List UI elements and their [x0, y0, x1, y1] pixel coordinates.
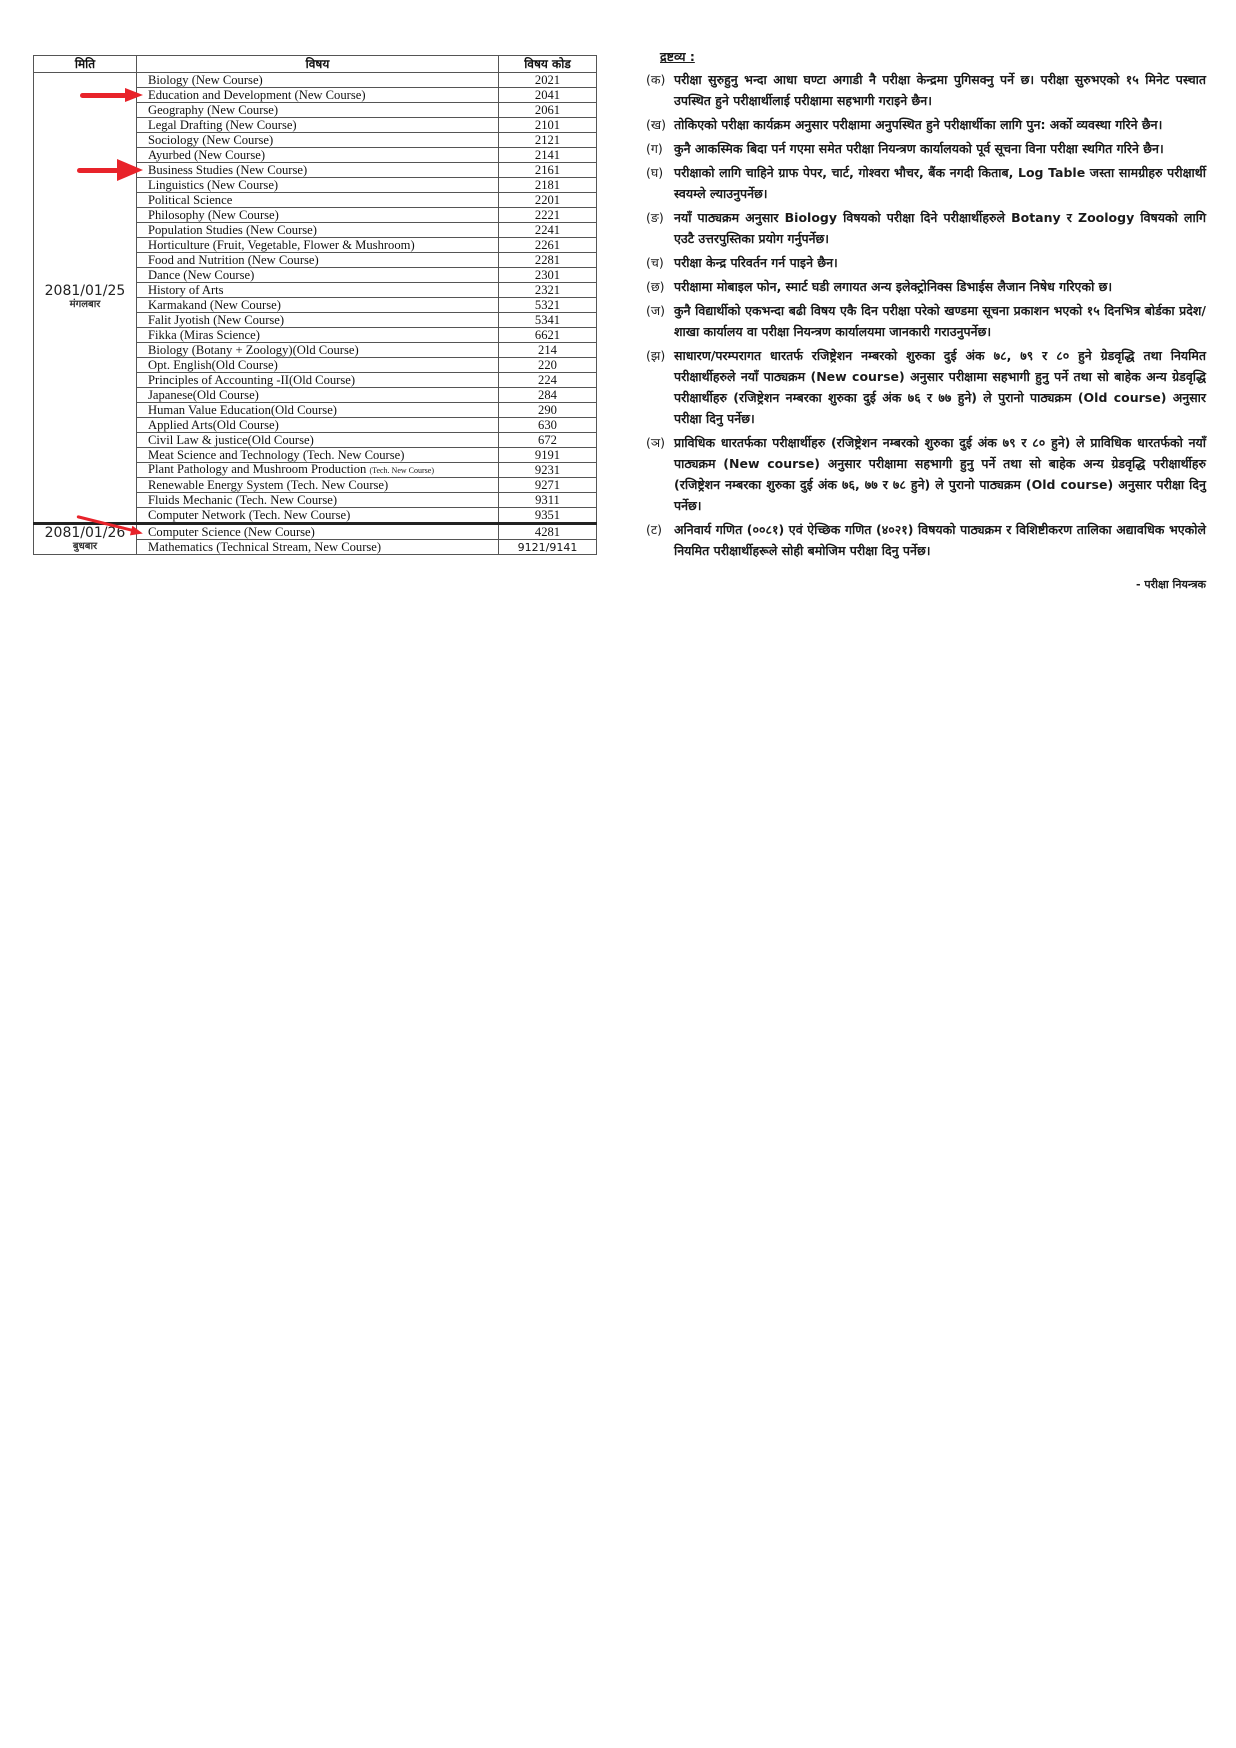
- note-text: अनिवार्य गणित (००८१) एवं ऐच्छिक गणित (४०…: [674, 519, 1206, 561]
- subject-name: Principles of Accounting -II(Old Course): [148, 373, 355, 387]
- subject-cell: Linguistics (New Course): [137, 178, 499, 193]
- subject-name: Biology (Botany + Zoology)(Old Course): [148, 343, 359, 357]
- note-text: प्राविधिक धारतर्फका परीक्षार्थीहरु (रजिष…: [674, 432, 1206, 516]
- subject-cell: Biology (Botany + Zoology)(Old Course): [137, 343, 499, 358]
- subject-cell: Geography (New Course): [137, 103, 499, 118]
- note-marker: (छ): [646, 276, 674, 297]
- subject-code: 2221: [499, 208, 597, 223]
- note-item: (छ)परीक्षामा मोबाइल फोन, स्मार्ट घडी लगा…: [646, 276, 1206, 297]
- subject-cell: Ayurbed (New Course): [137, 148, 499, 163]
- header-subject-code: विषय कोड: [499, 56, 597, 73]
- subject-cell: Computer Science (New Course): [137, 524, 499, 540]
- subject-cell: Karmakand (New Course): [137, 298, 499, 313]
- exam-schedule-table: मिति विषय विषय कोड 2081/01/25मंगलबारBiol…: [33, 55, 597, 555]
- subject-name: Meat Science and Technology (Tech. New C…: [148, 448, 404, 462]
- subject-code: 2281: [499, 253, 597, 268]
- subject-cell: Fikka (Miras Science): [137, 328, 499, 343]
- subject-code: 2241: [499, 223, 597, 238]
- notes-section: द्रष्टव्य : (क)परीक्षा सुरुहुनु भन्दा आध…: [646, 48, 1206, 592]
- subject-note: (Tech. New Course): [369, 466, 434, 475]
- subject-cell: Business Studies (New Course): [137, 163, 499, 178]
- subject-code: 4281: [499, 524, 597, 540]
- subject-cell: Fluids Mechanic (Tech. New Course): [137, 493, 499, 508]
- signature: - परीक्षा नियन्त्रक: [646, 577, 1206, 592]
- subject-code: 9191: [499, 448, 597, 463]
- note-text: परीक्षा सुरुहुनु भन्दा आधा घण्टा अगाडी न…: [674, 69, 1206, 111]
- subject-code: 9351: [499, 508, 597, 524]
- subject-code: 214: [499, 343, 597, 358]
- note-marker: (झ): [646, 345, 674, 429]
- subject-name: Dance (New Course): [148, 268, 254, 282]
- note-marker: (ञ): [646, 432, 674, 516]
- note-marker: (ग): [646, 138, 674, 159]
- exam-weekday: मंगलबार: [34, 298, 136, 311]
- note-marker: (ट): [646, 519, 674, 561]
- note-text: तोकिएको परीक्षा कार्यक्रम अनुसार परीक्षा…: [674, 114, 1206, 135]
- table-row: 2081/01/25मंगलबारBiology (New Course)202…: [34, 73, 597, 88]
- table-header-row: मिति विषय विषय कोड: [34, 56, 597, 73]
- subject-name: Plant Pathology and Mushroom Production: [148, 462, 366, 476]
- subject-cell: Sociology (New Course): [137, 133, 499, 148]
- subject-code: 2041: [499, 88, 597, 103]
- subject-name: Civil Law & justice(Old Course): [148, 433, 314, 447]
- subject-name: Falit Jyotish (New Course): [148, 313, 284, 327]
- subject-code: 2101: [499, 118, 597, 133]
- note-marker: (ख): [646, 114, 674, 135]
- subject-name: Food and Nutrition (New Course): [148, 253, 319, 267]
- subject-cell: Applied Arts(Old Course): [137, 418, 499, 433]
- subject-code: 6621: [499, 328, 597, 343]
- subject-name: Legal Drafting (New Course): [148, 118, 297, 132]
- subject-cell: Biology (New Course): [137, 73, 499, 88]
- notes-list: (क)परीक्षा सुरुहुनु भन्दा आधा घण्टा अगाड…: [646, 69, 1206, 561]
- note-marker: (ज): [646, 300, 674, 342]
- subject-code: 284: [499, 388, 597, 403]
- subject-code: 672: [499, 433, 597, 448]
- subject-code: 630: [499, 418, 597, 433]
- subject-name: Fikka (Miras Science): [148, 328, 260, 342]
- subject-code: 2021: [499, 73, 597, 88]
- subject-cell: Human Value Education(Old Course): [137, 403, 499, 418]
- subject-cell: Population Studies (New Course): [137, 223, 499, 238]
- note-item: (झ)साधारण/परम्परागत धारतर्फ रजिष्ट्रेशन …: [646, 345, 1206, 429]
- note-item: (ञ)प्राविधिक धारतर्फका परीक्षार्थीहरु (र…: [646, 432, 1206, 516]
- subject-code: 220: [499, 358, 597, 373]
- subject-name: Geography (New Course): [148, 103, 278, 117]
- subject-cell: History of Arts: [137, 283, 499, 298]
- subject-name: Karmakand (New Course): [148, 298, 281, 312]
- subject-name: Opt. English(Old Course): [148, 358, 278, 372]
- note-marker: (ङ): [646, 207, 674, 249]
- subject-name: Ayurbed (New Course): [148, 148, 265, 162]
- subject-code: 9121/9141: [499, 540, 597, 555]
- subject-code: 9271: [499, 478, 597, 493]
- subject-name: Linguistics (New Course): [148, 178, 278, 192]
- subject-name: Philosophy (New Course): [148, 208, 279, 222]
- header-date: मिति: [34, 56, 137, 73]
- note-text: कुनै विद्यार्थीको एकभन्दा बढी विषय एकै द…: [674, 300, 1206, 342]
- note-text: कुनै आकस्मिक बिदा पर्न गएमा समेत परीक्षा…: [674, 138, 1206, 159]
- subject-name: Biology (New Course): [148, 73, 263, 87]
- subject-name: Political Science: [148, 193, 232, 207]
- note-item: (ख)तोकिएको परीक्षा कार्यक्रम अनुसार परीक…: [646, 114, 1206, 135]
- subject-code: 2121: [499, 133, 597, 148]
- table-body: 2081/01/25मंगलबारBiology (New Course)202…: [34, 73, 597, 555]
- subject-cell: Opt. English(Old Course): [137, 358, 499, 373]
- note-text: परीक्षामा मोबाइल फोन, स्मार्ट घडी लगायत …: [674, 276, 1206, 297]
- subject-code: 2141: [499, 148, 597, 163]
- subject-name: Fluids Mechanic (Tech. New Course): [148, 493, 337, 507]
- subject-code: 2161: [499, 163, 597, 178]
- subject-cell: Meat Science and Technology (Tech. New C…: [137, 448, 499, 463]
- subject-cell: Dance (New Course): [137, 268, 499, 283]
- subject-name: Japanese(Old Course): [148, 388, 259, 402]
- note-item: (ट)अनिवार्य गणित (००८१) एवं ऐच्छिक गणित …: [646, 519, 1206, 561]
- note-text: परीक्षाको लागि चाहिने ग्राफ पेपर, चार्ट,…: [674, 162, 1206, 204]
- note-item: (ग)कुनै आकस्मिक बिदा पर्न गएमा समेत परीक…: [646, 138, 1206, 159]
- note-item: (घ)परीक्षाको लागि चाहिने ग्राफ पेपर, चार…: [646, 162, 1206, 204]
- subject-code: 2301: [499, 268, 597, 283]
- note-item: (ङ)नयाँ पाठ्यक्रम अनुसार Biology विषयको …: [646, 207, 1206, 249]
- exam-weekday: बुधबार: [34, 540, 136, 553]
- subject-cell: Plant Pathology and Mushroom Production …: [137, 463, 499, 478]
- subject-name: Applied Arts(Old Course): [148, 418, 279, 432]
- subject-name: Computer Network (Tech. New Course): [148, 508, 350, 522]
- subject-cell: Legal Drafting (New Course): [137, 118, 499, 133]
- subject-code: 2061: [499, 103, 597, 118]
- note-marker: (क): [646, 69, 674, 111]
- subject-name: Mathematics (Technical Stream, New Cours…: [148, 540, 381, 554]
- subject-cell: Falit Jyotish (New Course): [137, 313, 499, 328]
- exam-date: 2081/01/25: [34, 285, 136, 298]
- subject-cell: Education and Development (New Course): [137, 88, 499, 103]
- header-subject: विषय: [137, 56, 499, 73]
- subject-cell: Japanese(Old Course): [137, 388, 499, 403]
- subject-cell: Civil Law & justice(Old Course): [137, 433, 499, 448]
- date-cell: 2081/01/25मंगलबार: [34, 73, 137, 524]
- note-marker: (च): [646, 252, 674, 273]
- note-item: (क)परीक्षा सुरुहुनु भन्दा आधा घण्टा अगाड…: [646, 69, 1206, 111]
- note-text: परीक्षा केन्द्र परिवर्तन गर्न पाइने छैन।: [674, 252, 1206, 273]
- subject-code: 9311: [499, 493, 597, 508]
- subject-name: History of Arts: [148, 283, 224, 297]
- subject-cell: Philosophy (New Course): [137, 208, 499, 223]
- note-text: नयाँ पाठ्यक्रम अनुसार Biology विषयको परी…: [674, 207, 1206, 249]
- subject-code: 5321: [499, 298, 597, 313]
- note-item: (ज)कुनै विद्यार्थीको एकभन्दा बढी विषय एक…: [646, 300, 1206, 342]
- subject-cell: Political Science: [137, 193, 499, 208]
- subject-cell: Renewable Energy System (Tech. New Cours…: [137, 478, 499, 493]
- subject-code: 2321: [499, 283, 597, 298]
- notes-heading: द्रष्टव्य :: [660, 48, 1206, 65]
- subject-cell: Principles of Accounting -II(Old Course): [137, 373, 499, 388]
- note-text: साधारण/परम्परागत धारतर्फ रजिष्ट्रेशन नम्…: [674, 345, 1206, 429]
- subject-name: Population Studies (New Course): [148, 223, 317, 237]
- subject-code: 2181: [499, 178, 597, 193]
- subject-name: Human Value Education(Old Course): [148, 403, 337, 417]
- subject-code: 5341: [499, 313, 597, 328]
- subject-name: Business Studies (New Course): [148, 163, 307, 177]
- subject-name: Renewable Energy System (Tech. New Cours…: [148, 478, 388, 492]
- subject-code: 2201: [499, 193, 597, 208]
- subject-name: Education and Development (New Course): [148, 88, 366, 102]
- subject-cell: Food and Nutrition (New Course): [137, 253, 499, 268]
- subject-cell: Horticulture (Fruit, Vegetable, Flower &…: [137, 238, 499, 253]
- subject-name: Horticulture (Fruit, Vegetable, Flower &…: [148, 238, 415, 252]
- subject-code: 2261: [499, 238, 597, 253]
- subject-name: Sociology (New Course): [148, 133, 273, 147]
- subject-cell: Computer Network (Tech. New Course): [137, 508, 499, 524]
- note-marker: (घ): [646, 162, 674, 204]
- subject-name: Computer Science (New Course): [148, 525, 315, 539]
- note-item: (च)परीक्षा केन्द्र परिवर्तन गर्न पाइने छ…: [646, 252, 1206, 273]
- subject-code: 9231: [499, 463, 597, 478]
- subject-cell: Mathematics (Technical Stream, New Cours…: [137, 540, 499, 555]
- subject-code: 290: [499, 403, 597, 418]
- subject-code: 224: [499, 373, 597, 388]
